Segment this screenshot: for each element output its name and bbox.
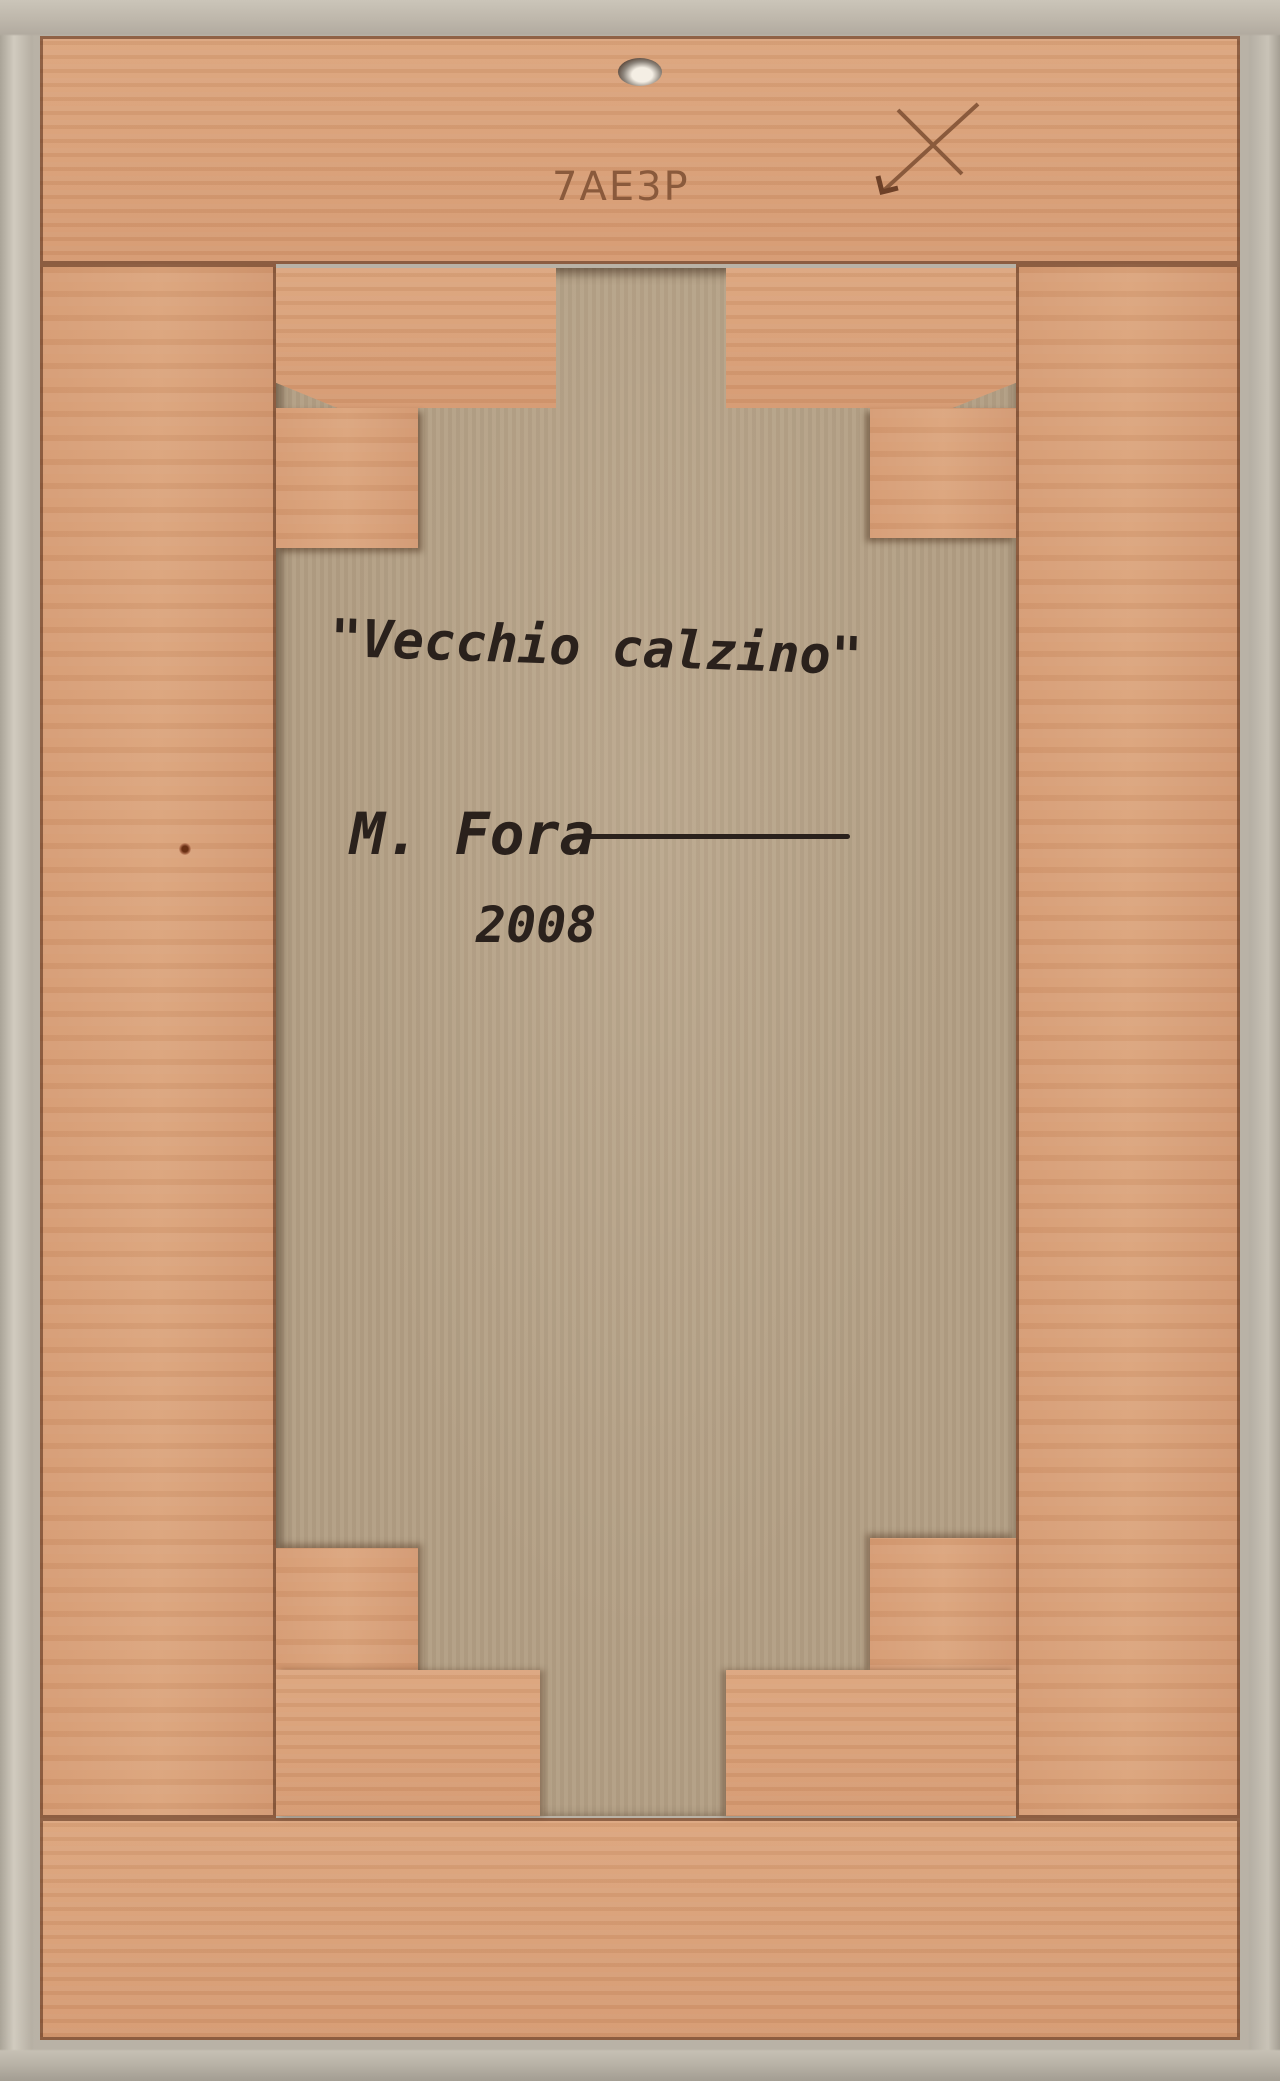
brace-bottom-left-vertical xyxy=(276,1548,418,1678)
pencil-x-arrow-mark xyxy=(870,96,1000,206)
wood-knot xyxy=(179,843,191,855)
brace-top-left-horizontal xyxy=(276,268,556,408)
left-stretcher-bar xyxy=(40,264,276,1818)
bottom-stretcher-bar xyxy=(40,1818,1240,2040)
right-stretcher-bar xyxy=(1016,264,1240,1818)
brace-top-right-vertical xyxy=(870,408,1016,538)
brace-top-right-horizontal xyxy=(726,268,1016,408)
brace-top-left-vertical xyxy=(276,408,418,548)
year-inscription: 2008 xyxy=(476,896,596,954)
brace-bottom-right-horizontal xyxy=(726,1670,1016,1816)
pencil-inventory-code: 7AE3P xyxy=(552,164,690,210)
hanging-screw-icon xyxy=(618,58,662,86)
brace-bottom-left-horizontal xyxy=(276,1670,540,1816)
brace-bottom-right-vertical xyxy=(870,1538,1016,1674)
artist-signature: M. Fora xyxy=(350,800,594,868)
signature-underline xyxy=(580,834,850,839)
